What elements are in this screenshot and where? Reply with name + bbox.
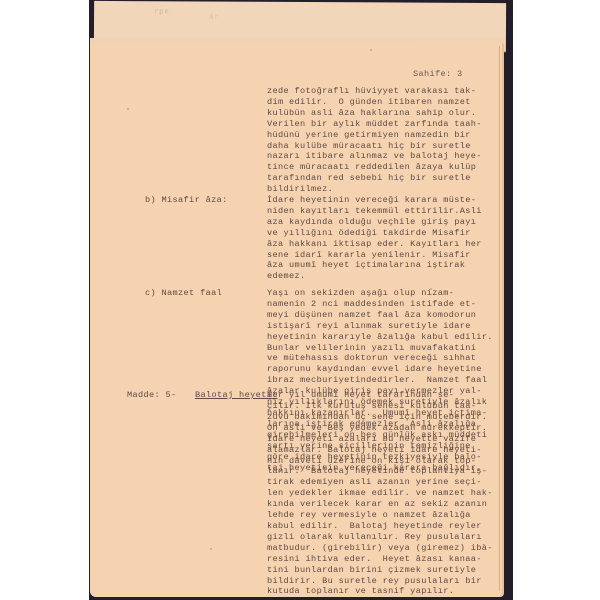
faded-mark: rpe <box>154 7 170 15</box>
document-page: Sahife: 3 zede fotoğraflı hüviyyet varak… <box>90 38 504 597</box>
faded-mark: ar <box>209 13 219 21</box>
page-number: Sahife: 3 <box>413 69 463 80</box>
paper-speck <box>210 548 212 550</box>
page-fold <box>90 38 504 52</box>
paper-speck <box>127 108 129 110</box>
article-number: Madde: 5- <box>127 390 177 401</box>
section-label-namzet-faal: c) Namzet faal <box>145 288 222 299</box>
continuation-paragraph: zede fotoğraflı hüviyyet varakası tak- d… <box>267 86 482 195</box>
page-edge <box>499 46 500 591</box>
article-heading: Balotaj heyeti: <box>195 390 278 401</box>
paper-speck <box>370 49 372 51</box>
article-first-line: Her yıl umumî heyet tarafından se- <box>267 390 454 401</box>
misafir-aza-paragraph: İdare heyetinin vereceği karara müste- n… <box>267 195 482 282</box>
section-label-misafir-aza: b) Misafir âza: <box>145 195 228 206</box>
balotaj-heyeti-paragraph: çilir. İlk kuruluş senesi kulübün taa- z… <box>267 401 493 597</box>
